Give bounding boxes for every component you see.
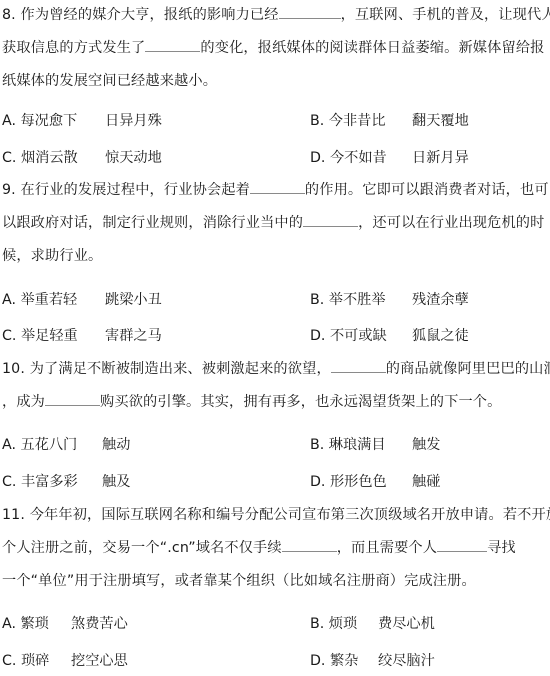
q10-line-1: 10. 为了满足不断被制造出来、被刺激起来的欲望，的商品就像阿里巴巴的山洞: [2, 360, 550, 378]
q9-option-b[interactable]: B. 举不胜举: [310, 291, 386, 309]
q8-option-b-second: 翻天覆地: [412, 112, 469, 130]
q11-option-b[interactable]: B. 烦琐: [310, 615, 357, 633]
q11-option-d[interactable]: D. 繁杂: [310, 652, 358, 670]
q11-line-2: 个人注册之前，交易一个“.cn”域名不仅手续，而且需要个人寻找: [2, 539, 516, 557]
q9-option-d[interactable]: D. 不可或缺: [310, 327, 387, 345]
q9-option-c-second: 害群之马: [105, 327, 162, 345]
q8-option-d[interactable]: D. 今不如昔: [310, 149, 387, 167]
q8-option-c[interactable]: C. 烟消云散: [2, 149, 78, 167]
q9-option-a-second: 跳梁小丑: [105, 291, 162, 309]
q11-line-1: 11. 今年年初，国际互联网名称和编号分配公司宣布第三次顶级域名开放申请。若不开…: [2, 506, 550, 524]
q8-line-3: 纸媒体的发展空间已经越来越小。: [2, 72, 217, 90]
q10-option-a[interactable]: A. 五花八门: [2, 436, 77, 454]
answer-blank: [279, 6, 341, 19]
q11-option-a[interactable]: A. 繁琐: [2, 615, 49, 633]
q9-option-b-second: 残渣余孽: [412, 291, 469, 309]
q9-option-c[interactable]: C. 举足轻重: [2, 327, 78, 345]
q10-option-b[interactable]: B. 琳琅满目: [310, 436, 386, 454]
q10-option-d[interactable]: D. 形形色色: [310, 473, 387, 491]
q9-line-2: 以跟政府对话，制定行业规则，消除行业当中的，还可以在行业出现危机的时: [2, 214, 544, 232]
q10-option-a-second: 触动: [102, 436, 130, 454]
q8-line-1: 8. 作为曾经的媒介大亨，报纸的影响力已经，互联网、手机的普及，让现代人: [2, 6, 550, 24]
q8-option-c-second: 惊天动地: [105, 149, 162, 167]
answer-blank: [437, 539, 487, 552]
q9-line-1: 9. 在行业的发展过程中，行业协会起着的作用。它即可以跟消费者对话，也可: [2, 181, 549, 199]
q8-line-2: 获取信息的方式发生了的变化，报纸媒体的阅读群体日益萎缩。新媒体留给报: [2, 39, 545, 57]
q11-option-c[interactable]: C. 琐碎: [2, 652, 49, 670]
answer-blank: [331, 360, 386, 373]
q10-line-2: ，成为购买欲的引擎。其实，拥有再多，也永远渴望货架上的下一个。: [2, 393, 501, 411]
q11-option-c-second: 挖空心思: [71, 652, 128, 670]
question-number: 9.: [2, 182, 16, 198]
q11-option-d-second: 绞尽脑汁: [378, 652, 435, 670]
q9-line-3: 候，求助行业。: [2, 247, 102, 265]
q11-option-a-second: 煞费苦心: [71, 615, 128, 633]
q10-option-c[interactable]: C. 丰富多彩: [2, 473, 78, 491]
q10-option-b-second: 触发: [412, 436, 440, 454]
q8-option-a-second: 日异月殊: [105, 112, 162, 130]
question-number: 11.: [2, 507, 25, 523]
q10-option-d-second: 触碰: [412, 473, 440, 491]
q11-line-3: 一个“单位”用于注册填写，或者靠某个组织（比如域名注册商）完成注册。: [2, 572, 476, 590]
question-number: 10.: [2, 361, 25, 377]
answer-blank: [250, 181, 305, 194]
q11-option-b-second: 费尽心机: [378, 615, 435, 633]
question-number: 8.: [2, 7, 16, 23]
q9-option-a[interactable]: A. 举重若轻: [2, 291, 77, 309]
q10-option-c-second: 触及: [102, 473, 130, 491]
answer-blank: [282, 539, 337, 552]
q8-option-d-second: 日新月异: [412, 149, 469, 167]
answer-blank: [145, 39, 200, 52]
q8-option-a[interactable]: A. 每况愈下: [2, 112, 77, 130]
answer-blank: [45, 393, 100, 406]
answer-blank: [303, 214, 358, 227]
q8-option-b[interactable]: B. 今非昔比: [310, 112, 386, 130]
q9-option-d-second: 狐鼠之徒: [412, 327, 469, 345]
